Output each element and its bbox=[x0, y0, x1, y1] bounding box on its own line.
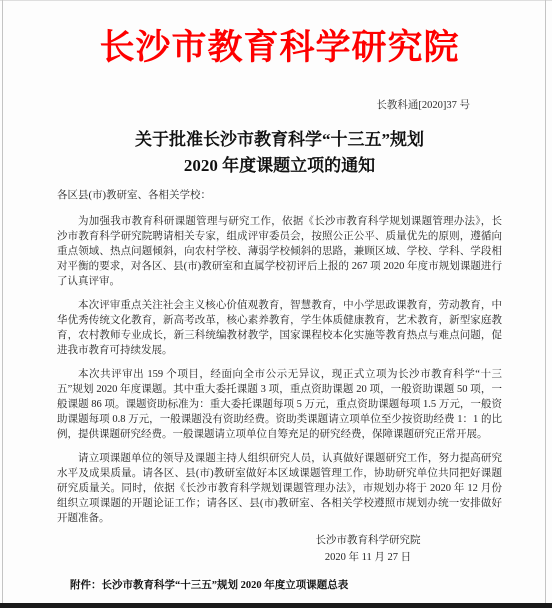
body-paragraph-4: 请立项课题单位的领导及课题主持人组织研究人员，认真做好课题研究工作，努力提高研究… bbox=[57, 451, 502, 526]
masthead-title: 长沙市教育科学研究院 bbox=[57, 24, 502, 72]
notice-title: 关于批准长沙市教育科学“十三五”规划 2020 年度课题立项的通知 bbox=[57, 127, 502, 179]
signature-org: 长沙市教育科学研究院 bbox=[288, 532, 448, 549]
body-paragraph-2: 本次评审重点关注社会主义核心价值观教育，智慧教育，中小学思政课教育，劳动教育，中… bbox=[57, 298, 502, 358]
page-bottom-edge bbox=[0, 603, 552, 608]
salutation: 各区县(市)教研室、各相关学校： bbox=[57, 188, 502, 203]
document-number: 长教科通[2020]37 号 bbox=[57, 99, 502, 113]
body-paragraph-1: 为加强我市教育科研课题管理与研究工作，依据《长沙市教育科学规划课题管理办法》，长… bbox=[57, 214, 502, 289]
body-paragraph-3: 本次共评审出 159 个项目，经面向全市公示无异议，现正式立项为长沙市教育科学“… bbox=[57, 367, 502, 442]
notice-title-line1: 关于批准长沙市教育科学“十三五”规划 bbox=[57, 127, 502, 153]
signature-block: 长沙市教育科学研究院 2020 年 11 月 27 日 bbox=[288, 532, 448, 566]
document-page: 长沙市教育科学研究院 长教科通[2020]37 号 关于批准长沙市教育科学“十三… bbox=[0, 0, 552, 608]
attachment-note: 附件：长沙市教育科学“十三五”规划 2020 年度立项课题总表 bbox=[57, 578, 502, 593]
page-content: 长沙市教育科学研究院 长教科通[2020]37 号 关于批准长沙市教育科学“十三… bbox=[0, 0, 552, 603]
signature-date: 2020 年 11 月 27 日 bbox=[288, 549, 448, 566]
notice-title-line2: 2020 年度课题立项的通知 bbox=[57, 153, 502, 179]
